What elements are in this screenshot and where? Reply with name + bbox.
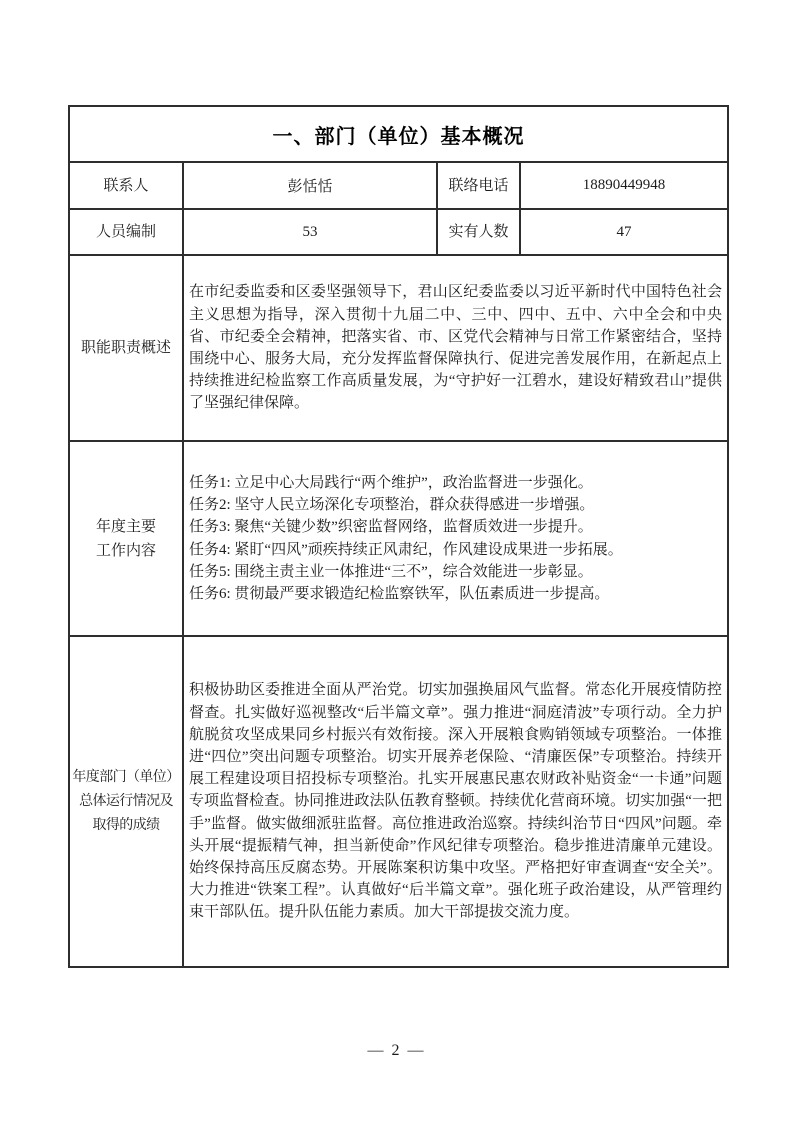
contact-phone-label: 联络电话: [437, 162, 520, 209]
contact-phone-value: 18890449948: [520, 162, 728, 209]
actual-headcount-label: 实有人数: [437, 209, 520, 255]
contact-row: 联系人 彭恬恬 联络电话 18890449948: [69, 162, 728, 209]
page-number: — 2 —: [0, 1042, 793, 1060]
annual-results-content: 积极协助区委推进全面从严治党。切实加强换届风气监督。常态化开展疫情防控督查。扎实…: [183, 636, 728, 967]
annual-results-row: 年度部门（单位） 总体运行情况及 取得的成绩 积极协助区委推进全面从严治党。切实…: [69, 636, 728, 967]
annual-results-label: 年度部门（单位） 总体运行情况及 取得的成绩: [69, 636, 183, 967]
duties-row: 职能职责概述 在市纪委监委和区委坚强领导下，君山区纪委监委以习近平新时代中国特色…: [69, 255, 728, 441]
staffing-row: 人员编制 53 实有人数 47: [69, 209, 728, 255]
duties-overview-label: 职能职责概述: [69, 255, 183, 441]
actual-headcount-value: 47: [520, 209, 728, 255]
contact-person-label: 联系人: [69, 162, 183, 209]
annual-work-row: 年度主要 工作内容 任务1: 立足中心大局践行“两个维护”，政治监督进一步强化。…: [69, 441, 728, 636]
annual-work-label: 年度主要 工作内容: [69, 441, 183, 636]
department-overview-table: 一、部门（单位）基本概况 联系人 彭恬恬 联络电话 18890449948 人员…: [68, 105, 729, 968]
staff-quota-value: 53: [183, 209, 437, 255]
contact-person-value: 彭恬恬: [183, 162, 437, 209]
title-row: 一、部门（单位）基本概况: [69, 106, 728, 162]
document-page: 一、部门（单位）基本概况 联系人 彭恬恬 联络电话 18890449948 人员…: [0, 0, 793, 1122]
duties-overview-content: 在市纪委监委和区委坚强领导下，君山区纪委监委以习近平新时代中国特色社会主义思想为…: [183, 255, 728, 441]
annual-work-tasks: 任务1: 立足中心大局践行“两个维护”，政治监督进一步强化。 任务2: 坚守人民…: [183, 441, 728, 636]
staff-quota-label: 人员编制: [69, 209, 183, 255]
section-title: 一、部门（单位）基本概况: [69, 106, 728, 162]
